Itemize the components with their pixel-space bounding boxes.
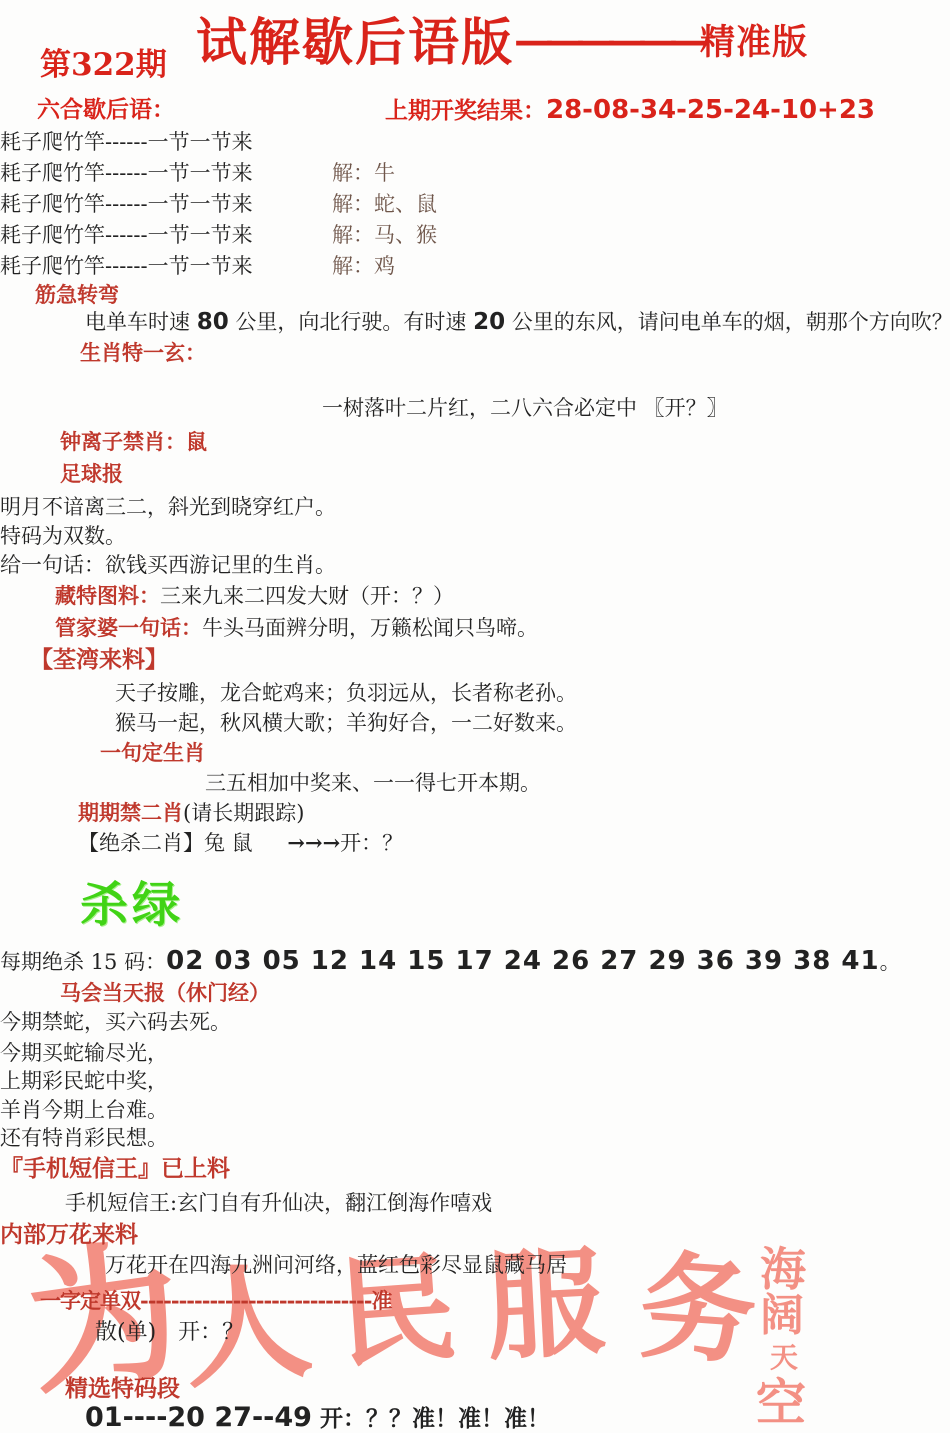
- ban-two-heading: 期期禁二肖(请长期跟踪): [78, 801, 304, 825]
- ban-two-note: (请长期跟踪): [183, 801, 304, 825]
- watermark-char-tian: 天: [770, 1344, 798, 1372]
- mahui-line: 羊肖今期上台难。: [0, 1098, 168, 1122]
- watermark-char-kong: 空: [756, 1378, 806, 1428]
- football-line: 明月不谙离三二，斜光到晓穿红户。: [0, 495, 336, 519]
- section-heading-quanwan: 【荃湾来料】: [30, 647, 168, 673]
- column-label: 六合歇后语：: [37, 97, 175, 123]
- page-title: 试解歇后语版——————精准版: [196, 14, 808, 73]
- guanjiapo-line: 管家婆一句话：牛头马面辨分明，万籁松闻只鸟啼。: [55, 616, 538, 640]
- result-numbers: 28-08-34-25-24-10+23: [546, 95, 875, 125]
- teaser-q1: 电单车时速: [85, 310, 197, 334]
- riddle-text: 耗子爬竹竿------一节一节来: [0, 130, 253, 154]
- ban-two-result: 【绝杀二肖】兔 鼠 →→→开：？: [78, 831, 403, 855]
- riddle-row: 耗子爬竹竿------一节一节来 解：马、猴: [0, 223, 950, 247]
- ban-two-open: 开：？: [340, 831, 403, 855]
- tema-numbers: 01----20 27--49: [85, 1402, 312, 1433]
- football-line: 给一句话：欲钱买西游记里的生肖。: [0, 553, 336, 577]
- zodiac-ban-line: 钟离子禁肖：鼠: [60, 430, 207, 454]
- one-sentence-text: 三五相加中奖来、一一得七开本期。: [205, 771, 541, 795]
- page-title-main: 试解歇后语版: [196, 13, 514, 73]
- mahui-line: 今期禁蛇，买六码去死。: [0, 1010, 231, 1034]
- ban-two-label: 期期禁二肖: [78, 800, 183, 825]
- riddle-row: 耗子爬竹竿------一节一节来 解：鸡: [0, 254, 950, 278]
- zodiac-verse: 一树落叶二片红，二八六合必定中 〖开？〗: [322, 396, 728, 420]
- riddle-answer: 解：牛: [332, 161, 395, 185]
- riddle-answer: 解：鸡: [332, 254, 395, 278]
- result-label: 上期开奖结果：: [385, 97, 546, 124]
- section-heading-sms: 『手机短信王』已上料: [0, 1156, 230, 1182]
- danshuang-result: 散(单) 开：？: [95, 1320, 244, 1345]
- section-heading-football: 足球报: [60, 462, 123, 486]
- kill-count: 15: [91, 950, 118, 974]
- arrows-icon: →→→: [287, 830, 340, 855]
- teaser-speed-1: 80: [197, 309, 229, 335]
- kill-green-title: 杀绿: [80, 878, 184, 933]
- sms-text: 手机短信王:玄门自有升仙决，翻江倒海作嘻戏: [65, 1191, 492, 1215]
- mahui-line: 上期彩民蛇中奖，: [0, 1069, 168, 1093]
- last-draw-result: 上期开奖结果：28-08-34-25-24-10+23: [385, 96, 875, 126]
- kill-numbers: 02 03 05 12 14 15 17 24 26 27 29 36 39 3…: [166, 946, 879, 976]
- kill-prefix: 每期绝杀: [0, 950, 91, 974]
- kill-mid: 码：: [117, 950, 166, 974]
- guanjiapo-label: 管家婆一句话：: [55, 615, 202, 640]
- mahui-line: 还有特肖彩民想。: [0, 1126, 168, 1150]
- guanjiapo-text: 牛头马面辨分明，万籁松闻只鸟啼。: [202, 616, 538, 640]
- section-heading-wanhua: 内部万花来料: [0, 1222, 138, 1248]
- riddle-row: 耗子爬竹竿------一节一节来 解：蛇、鼠: [0, 192, 950, 216]
- mahui-line: 今期买蛇输尽光，: [0, 1041, 168, 1065]
- section-heading-danshuang: 一字定单双------------------------------准: [40, 1289, 391, 1313]
- page-title-suffix: 精准版: [700, 22, 808, 63]
- riddle-row: 耗子爬竹竿------一节一节来 解：牛: [0, 161, 950, 185]
- teaser-speed-2: 20: [473, 309, 505, 335]
- riddle-text: 耗子爬竹竿------一节一节来: [0, 223, 253, 247]
- cangte-label: 藏特图料：: [55, 583, 160, 608]
- tema-line: 01----20 27--49 开：？？准！准！准！: [85, 1402, 550, 1433]
- cangte-line: 藏特图料：三来九来二四发大财（开：？）: [55, 584, 454, 608]
- section-heading-mahui: 马会当天报（休门经）: [60, 981, 270, 1005]
- kill-numbers-line: 每期绝杀 15 码：02 03 05 12 14 15 17 24 26 27 …: [0, 947, 901, 977]
- teaser-question: 电单车时速 80 公里，向北行驶。有时速 20 公里的东风，请问电单车的烟，朝那…: [85, 309, 950, 335]
- quanwan-line: 天子按雕，龙合蛇鸡来；负羽远从，长者称老孙。: [115, 681, 577, 705]
- teaser-q2: 公里，向北行驶。有时速: [229, 310, 473, 334]
- kill-suffix: 。: [880, 950, 901, 974]
- watermark-char-wu: 务: [636, 1248, 760, 1372]
- cangte-text: 三来九来二四发大财（开：？）: [160, 584, 454, 608]
- section-heading-teaser: 筋急转弯: [35, 283, 119, 307]
- watermark-char-kuo: 阔: [760, 1294, 804, 1338]
- lottery-tip-sheet-page: 为 人 民 服 务 海 阔 天 空 第322期 试解歇后语版——————精准版 …: [0, 0, 950, 1433]
- watermark-char-hai: 海: [760, 1246, 806, 1292]
- section-heading-zodiac: 生肖特一玄：: [80, 341, 206, 365]
- quanwan-line: 猴马一起，秋风横大歌；羊狗好合，一二好数来。: [115, 711, 577, 735]
- section-heading-tema: 精选特码段: [65, 1376, 180, 1402]
- teaser-q3: 公里的东风，请问电单车的烟，朝那个方向吹？: [505, 310, 950, 334]
- tema-rest: 开：？？准！准！准！: [312, 1405, 550, 1432]
- riddle-text: 耗子爬竹竿------一节一节来: [0, 161, 253, 185]
- riddle-row: 耗子爬竹竿------一节一节来: [0, 130, 253, 154]
- wanhua-text: 万花开在四海九洲问河络，蓝红色彩尽显鼠藏马居: [105, 1253, 567, 1277]
- issue-number: 第322期: [40, 48, 167, 84]
- football-line: 特码为双数。: [0, 524, 126, 548]
- section-heading-one-sentence: 一句定生肖: [100, 741, 205, 765]
- ban-two-text: 【绝杀二肖】兔 鼠: [78, 831, 253, 855]
- riddle-answer: 解：马、猴: [332, 223, 437, 247]
- page-title-dash: ——————: [514, 17, 700, 64]
- riddle-text: 耗子爬竹竿------一节一节来: [0, 192, 253, 216]
- riddle-text: 耗子爬竹竿------一节一节来: [0, 254, 253, 278]
- riddle-answer: 解：蛇、鼠: [332, 192, 437, 216]
